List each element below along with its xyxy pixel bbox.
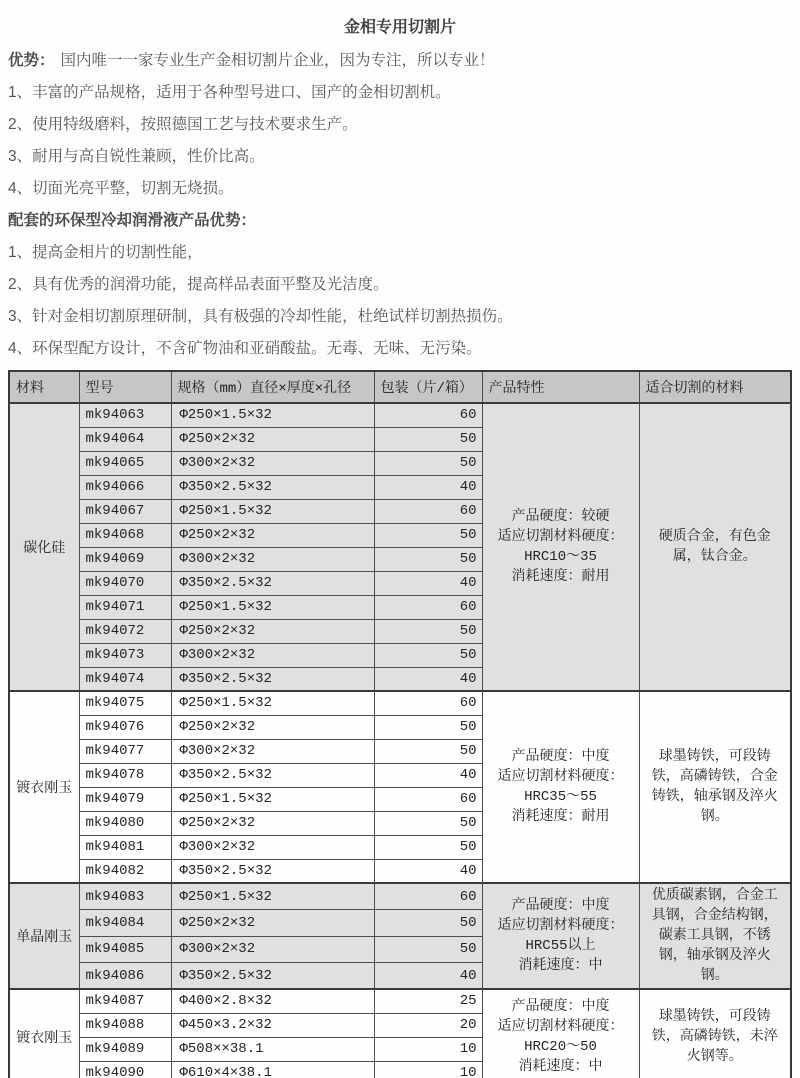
- qty-cell: 40: [374, 571, 482, 595]
- suitable-cell: 球墨铸铁，可段铸铁，高磷铸铁，合金铸铁，轴承钢及淬火钢。: [639, 691, 791, 883]
- feature-line: 适应切割材料硬度：: [487, 916, 635, 936]
- model-cell: mk94087: [79, 989, 171, 1013]
- qty-cell: 50: [374, 451, 482, 475]
- model-cell: mk94075: [79, 691, 171, 715]
- model-cell: mk94071: [79, 595, 171, 619]
- feature-line: HRC35～55: [487, 787, 635, 807]
- feature-line: 适应切割材料硬度：: [487, 1017, 635, 1037]
- header-suitable: 适合切割的材料: [639, 371, 791, 403]
- coolant-heading: 配套的环保型冷却润滑液产品优势：: [8, 205, 792, 237]
- spec-cell: Φ250×1.5×32: [171, 403, 374, 427]
- material-cell: 单晶刚玉: [9, 883, 79, 989]
- feature-line: 消耗速度：中: [487, 956, 635, 976]
- qty-cell: 25: [374, 989, 482, 1013]
- advantage-text: 国内唯一一家专业生产金相切割片企业，因为专注，所以专业！: [61, 52, 495, 69]
- spec-cell: Φ250×1.5×32: [171, 691, 374, 715]
- spec-cell: Φ250×2×32: [171, 715, 374, 739]
- model-cell: mk94072: [79, 619, 171, 643]
- spec-cell: Φ610×4×38.1: [171, 1061, 374, 1078]
- coolant-item-4: 4、环保型配方设计，不含矿物油和亚硝酸盐。无毒、无味、无污染。: [8, 333, 792, 365]
- qty-cell: 40: [374, 963, 482, 990]
- table-row: 镀衣刚玉mk94087Φ400×2.8×3225产品硬度：中度适应切割材料硬度：…: [9, 989, 791, 1013]
- spec-cell: Φ300×2×32: [171, 936, 374, 963]
- suitable-cell: 球墨铸铁，可段铸铁，高磷铸铁，未淬火钢等。: [639, 989, 791, 1078]
- qty-cell: 50: [374, 715, 482, 739]
- model-cell: mk94081: [79, 835, 171, 859]
- coolant-item-3: 3、针对金相切割原理研制，具有极强的冷却性能，杜绝试样切割热损伤。: [8, 301, 792, 333]
- spec-cell: Φ350×2.5×32: [171, 571, 374, 595]
- feature-line: 消耗速度：中: [487, 1057, 635, 1077]
- advantage-label: 优势：: [8, 52, 55, 69]
- feature-line: 产品硬度：中度: [487, 747, 635, 767]
- model-cell: mk94063: [79, 403, 171, 427]
- qty-cell: 40: [374, 475, 482, 499]
- qty-cell: 60: [374, 883, 482, 910]
- qty-cell: 50: [374, 427, 482, 451]
- qty-cell: 40: [374, 763, 482, 787]
- feature-cell: 产品硬度：中度适应切割材料硬度：HRC35～55消耗速度：耐用: [482, 691, 639, 883]
- spec-cell: Φ300×2×32: [171, 739, 374, 763]
- qty-cell: 10: [374, 1037, 482, 1061]
- qty-cell: 50: [374, 547, 482, 571]
- qty-cell: 50: [374, 811, 482, 835]
- model-cell: mk94065: [79, 451, 171, 475]
- header-row: 材料 型号 规格（mm）直径×厚度×孔径 包装（片/箱） 产品特性 适合切割的材…: [9, 371, 791, 403]
- qty-cell: 40: [374, 859, 482, 883]
- feature-line: 产品硬度：中度: [487, 896, 635, 916]
- model-cell: mk94076: [79, 715, 171, 739]
- qty-cell: 60: [374, 691, 482, 715]
- feature-line: 消耗速度：耐用: [487, 807, 635, 827]
- spec-cell: Φ250×2×32: [171, 427, 374, 451]
- model-cell: mk94070: [79, 571, 171, 595]
- spec-cell: Φ350×2.5×32: [171, 667, 374, 691]
- header-spec: 规格（mm）直径×厚度×孔径: [171, 371, 374, 403]
- advantage-line: 优势：国内唯一一家专业生产金相切割片企业，因为专注，所以专业！: [8, 45, 792, 77]
- qty-cell: 50: [374, 739, 482, 763]
- model-cell: mk94090: [79, 1061, 171, 1078]
- model-cell: mk94078: [79, 763, 171, 787]
- model-cell: mk94077: [79, 739, 171, 763]
- suitable-cell: 硬质合金，有色金属，钛合金。: [639, 403, 791, 691]
- qty-cell: 60: [374, 595, 482, 619]
- coolant-item-1: 1、提高金相片的切割性能，: [8, 237, 792, 269]
- page-title: 金相专用切割片: [8, 14, 792, 37]
- spec-cell: Φ250×1.5×32: [171, 883, 374, 910]
- spec-cell: Φ350×2.5×32: [171, 475, 374, 499]
- qty-cell: 40: [374, 667, 482, 691]
- model-cell: mk94088: [79, 1013, 171, 1037]
- qty-cell: 60: [374, 499, 482, 523]
- feature-cell: 产品硬度：中度适应切割材料硬度：HRC20～50消耗速度：中: [482, 989, 639, 1078]
- feature-line: 产品硬度：中度: [487, 997, 635, 1017]
- qty-cell: 50: [374, 910, 482, 937]
- spec-cell: Φ300×2×32: [171, 643, 374, 667]
- advantage-item-3: 3、耐用与高自锐性兼顾，性价比高。: [8, 141, 792, 173]
- advantage-item-1: 1、丰富的产品规格，适用于各种型号进口、国产的金相切割机。: [8, 77, 792, 109]
- qty-cell: 50: [374, 936, 482, 963]
- model-cell: mk94066: [79, 475, 171, 499]
- spec-table-header: 材料 型号 规格（mm）直径×厚度×孔径 包装（片/箱） 产品特性 适合切割的材…: [9, 371, 791, 403]
- table-row: 碳化硅mk94063Φ250×1.5×3260产品硬度：较硬适应切割材料硬度：H…: [9, 403, 791, 427]
- feature-line: 适应切割材料硬度：: [487, 767, 635, 787]
- table-row: 单晶刚玉mk94083Φ250×1.5×3260产品硬度：中度适应切割材料硬度：…: [9, 883, 791, 910]
- qty-cell: 50: [374, 643, 482, 667]
- qty-cell: 10: [374, 1061, 482, 1078]
- model-cell: mk94068: [79, 523, 171, 547]
- model-cell: mk94064: [79, 427, 171, 451]
- spec-cell: Φ300×2×32: [171, 835, 374, 859]
- document: 金相专用切割片 优势：国内唯一一家专业生产金相切割片企业，因为专注，所以专业！ …: [0, 0, 800, 1078]
- spec-cell: Φ250×1.5×32: [171, 787, 374, 811]
- spec-cell: Φ350×2.5×32: [171, 859, 374, 883]
- model-cell: mk94074: [79, 667, 171, 691]
- feature-cell: 产品硬度：中度适应切割材料硬度：HRC55以上消耗速度：中: [482, 883, 639, 989]
- model-cell: mk94080: [79, 811, 171, 835]
- coolant-item-2: 2、具有优秀的润滑功能，提高样品表面平整及光洁度。: [8, 269, 792, 301]
- feature-line: HRC55以上: [487, 936, 635, 956]
- header-model: 型号: [79, 371, 171, 403]
- feature-line: 产品硬度：较硬: [487, 507, 635, 527]
- spec-cell: Φ450×3.2×32: [171, 1013, 374, 1037]
- spec-cell: Φ350×2.5×32: [171, 963, 374, 990]
- qty-cell: 50: [374, 619, 482, 643]
- model-cell: mk94082: [79, 859, 171, 883]
- material-cell: 镀衣刚玉: [9, 691, 79, 883]
- spec-cell: Φ300×2×32: [171, 547, 374, 571]
- feature-line: 消耗速度：耐用: [487, 567, 635, 587]
- qty-cell: 60: [374, 403, 482, 427]
- table-row: 镀衣刚玉mk94075Φ250×1.5×3260产品硬度：中度适应切割材料硬度：…: [9, 691, 791, 715]
- feature-line: 适应切割材料硬度：: [487, 527, 635, 547]
- header-packaging: 包装（片/箱）: [374, 371, 482, 403]
- model-cell: mk94073: [79, 643, 171, 667]
- advantage-item-4: 4、切面光亮平整，切割无烧损。: [8, 173, 792, 205]
- qty-cell: 20: [374, 1013, 482, 1037]
- model-cell: mk94084: [79, 910, 171, 937]
- model-cell: mk94086: [79, 963, 171, 990]
- header-material: 材料: [9, 371, 79, 403]
- model-cell: mk94067: [79, 499, 171, 523]
- spec-cell: Φ250×2×32: [171, 619, 374, 643]
- feature-line: HRC20～50: [487, 1037, 635, 1057]
- spec-cell: Φ350×2.5×32: [171, 763, 374, 787]
- spec-cell: Φ400×2.8×32: [171, 989, 374, 1013]
- spec-cell: Φ300×2×32: [171, 451, 374, 475]
- model-cell: mk94083: [79, 883, 171, 910]
- spec-table-body: 碳化硅mk94063Φ250×1.5×3260产品硬度：较硬适应切割材料硬度：H…: [9, 403, 791, 1078]
- model-cell: mk94089: [79, 1037, 171, 1061]
- model-cell: mk94069: [79, 547, 171, 571]
- model-cell: mk94085: [79, 936, 171, 963]
- spec-cell: Φ250×1.5×32: [171, 595, 374, 619]
- model-cell: mk94079: [79, 787, 171, 811]
- spec-cell: Φ250×2×32: [171, 910, 374, 937]
- material-cell: 碳化硅: [9, 403, 79, 691]
- qty-cell: 60: [374, 787, 482, 811]
- spec-cell: Φ250×1.5×32: [171, 499, 374, 523]
- header-features: 产品特性: [482, 371, 639, 403]
- feature-cell: 产品硬度：较硬适应切割材料硬度：HRC10～35消耗速度：耐用: [482, 403, 639, 691]
- material-cell: 镀衣刚玉: [9, 989, 79, 1078]
- feature-line: HRC10～35: [487, 547, 635, 567]
- qty-cell: 50: [374, 835, 482, 859]
- spec-cell: Φ250×2×32: [171, 523, 374, 547]
- advantage-item-2: 2、使用特级磨料，按照德国工艺与技术要求生产。: [8, 109, 792, 141]
- spec-cell: Φ250×2×32: [171, 811, 374, 835]
- qty-cell: 50: [374, 523, 482, 547]
- spec-table: 材料 型号 规格（mm）直径×厚度×孔径 包装（片/箱） 产品特性 适合切割的材…: [8, 370, 792, 1078]
- spec-cell: Φ508××38.1: [171, 1037, 374, 1061]
- suitable-cell: 优质碳素钢，合金工具钢，合金结构钢，碳素工具钢，不锈钢，轴承钢及淬火钢。: [639, 883, 791, 989]
